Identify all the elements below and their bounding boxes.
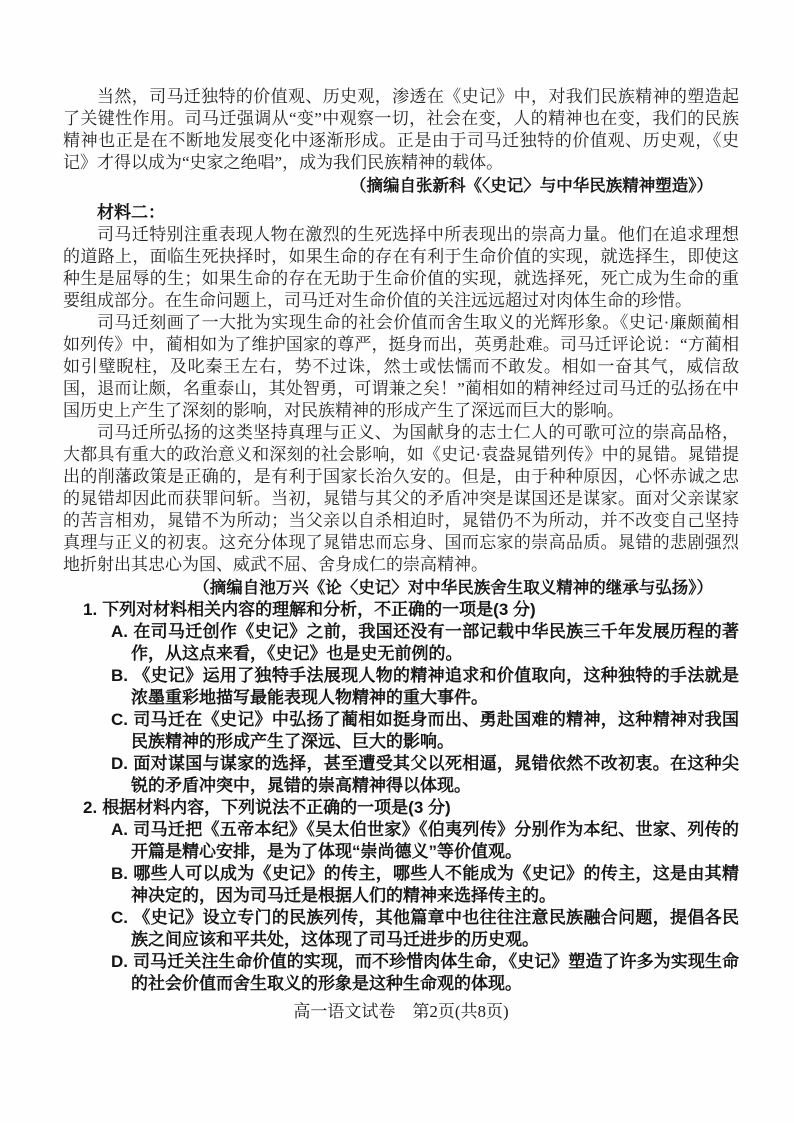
option-label: B. (111, 666, 128, 685)
question-2-stem: 2.根据材料内容，下列说法不正确的一项是(3 分) (83, 797, 739, 819)
exam-page: 当然，司马迁独特的价值观、历史观，渗透在《史记》中，对我们民族精神的塑造起了关键… (0, 0, 794, 1123)
material1-attribution: （摘编自张新科《〈史记〉与中华民族精神塑造》） (63, 175, 739, 197)
option-text: 司马迁把《五帝本纪》《吴太伯世家》《伯夷列传》分别作为本纪、世家、列传的开篇是精… (131, 820, 739, 861)
question-2-number: 2. (83, 798, 97, 817)
material2-paragraph-3: 司马迁所弘扬的这类坚持真理与正义、为国献身的志士仁人的可歌可泣的崇高品格，大都具… (63, 422, 739, 576)
option-label: C. (111, 710, 128, 729)
option-label: C. (111, 908, 128, 927)
exam-content: 当然，司马迁独特的价值观、历史观，渗透在《史记》中，对我们民族精神的塑造起了关键… (63, 86, 739, 1023)
question-2-stem-text: 根据材料内容，下列说法不正确的一项是(3 分) (102, 798, 451, 817)
question-1-stem: 1.下列对材料相关内容的理解和分析，不正确的一项是(3 分) (83, 599, 739, 621)
question-2-option-b: B.哪些人可以成为《史记》的传主，哪些人不能成为《史记》的传主，这是由其精神决定… (91, 863, 739, 907)
option-text: 司马迁在《史记》中弘扬了蔺相如挺身而出、勇赴国难的精神，这种精神对我国民族精神的… (131, 710, 739, 751)
option-label: A. (111, 820, 128, 839)
option-label: D. (111, 754, 128, 773)
option-text: 哪些人可以成为《史记》的传主，哪些人不能成为《史记》的传主，这是由其精神决定的，… (131, 864, 739, 905)
question-1-number: 1. (83, 600, 97, 619)
question-1-option-b: B.《史记》运用了独特手法展现人物的精神追求和价值取向，这种独特的手法就是浓墨重… (91, 665, 739, 709)
question-2-option-c: C.《史记》设立专门的民族列传，其他篇章中也往往注意民族融合问题，提倡各民族之间… (91, 907, 739, 951)
question-2-option-a: A.司马迁把《五帝本纪》《吴太伯世家》《伯夷列传》分别作为本纪、世家、列传的开篇… (91, 819, 739, 863)
question-1: 1.下列对材料相关内容的理解和分析，不正确的一项是(3 分) A.在司马迁创作《… (63, 599, 739, 797)
question-2-option-d: D.司马迁关注生命价值的实现，而不珍惜肉体生命，《史记》塑造了许多为实现生命的社… (91, 951, 739, 995)
material1-final-paragraph: 当然，司马迁独特的价值观、历史观，渗透在《史记》中，对我们民族精神的塑造起了关键… (63, 86, 739, 174)
option-text: 面对谋国与谋家的选择，甚至遭受其父以死相逼，晁错依然不改初衷。在这种尖锐的矛盾冲… (131, 754, 739, 795)
material2-heading: 材料二： (63, 202, 739, 224)
option-label: D. (111, 952, 128, 971)
option-text: 《史记》设立专门的民族列传，其他篇章中也往往注意民族融合问题，提倡各民族之间应该… (131, 908, 739, 949)
option-text: 司马迁关注生命价值的实现，而不珍惜肉体生命，《史记》塑造了许多为实现生命的社会价… (131, 952, 739, 993)
question-1-option-d: D.面对谋国与谋家的选择，甚至遭受其父以死相逼，晁错依然不改初衷。在这种尖锐的矛… (91, 753, 739, 797)
option-text: 《史记》运用了独特手法展现人物的精神追求和价值取向，这种独特的手法就是浓墨重彩地… (131, 666, 739, 707)
question-1-stem-text: 下列对材料相关内容的理解和分析，不正确的一项是(3 分) (102, 600, 536, 619)
material2-paragraph-1: 司马迁特别注重表现人物在激烈的生死选择中所表现出的崇高力量。他们在追求理想的道路… (63, 224, 739, 312)
question-1-option-c: C.司马迁在《史记》中弘扬了蔺相如挺身而出、勇赴国难的精神，这种精神对我国民族精… (91, 709, 739, 753)
question-2: 2.根据材料内容，下列说法不正确的一项是(3 分) A.司马迁把《五帝本纪》《吴… (63, 797, 739, 995)
material2-paragraph-2: 司马迁刻画了一大批为实现生命的社会价值而舍生取义的光辉形象。《史记·廉颇蔺相如列… (63, 312, 739, 422)
option-label: A. (111, 622, 128, 641)
option-text: 在司马迁创作《史记》之前，我国还没有一部记载中华民族三千年发展历程的著作，从这点… (131, 622, 739, 663)
option-label: B. (111, 864, 128, 883)
page-footer: 高一语文试卷 第2页(共8页) (63, 1001, 739, 1023)
material2-attribution: （摘编自池万兴《论〈史记〉对中华民族舍生取义精神的继承与弘扬》） (63, 577, 739, 599)
question-1-option-a: A.在司马迁创作《史记》之前，我国还没有一部记载中华民族三千年发展历程的著作，从… (91, 621, 739, 665)
